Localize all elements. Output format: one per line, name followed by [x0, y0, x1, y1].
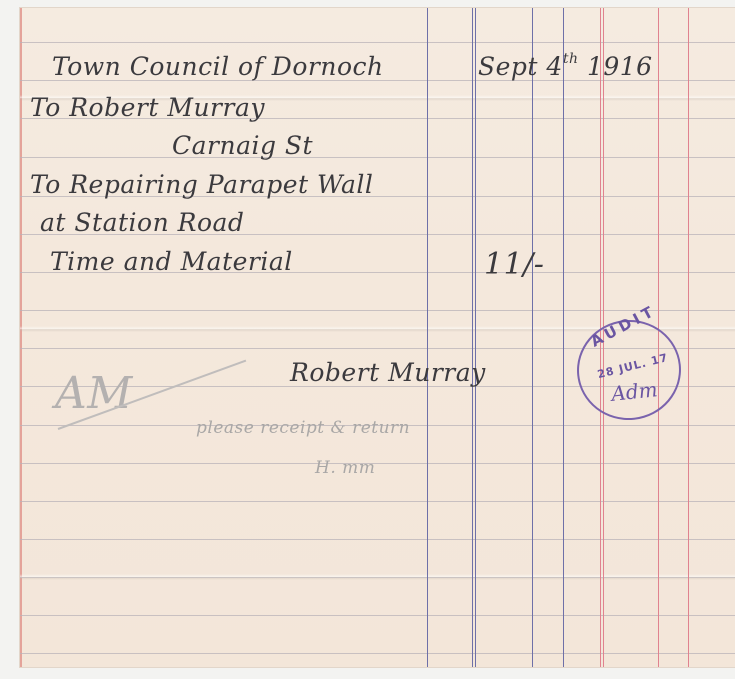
paper-fold [20, 574, 735, 580]
addressee-text: Town Council of Dornoch [52, 52, 384, 81]
column-rule-red [688, 8, 689, 667]
ruled-line [20, 42, 735, 43]
item-description-line3: Time and Material [50, 247, 293, 276]
column-rule-blue [532, 8, 533, 667]
ruled-line [20, 653, 735, 654]
column-rule-blue [427, 8, 428, 667]
date-suffix: th [563, 51, 579, 67]
signature: Robert Murray [290, 358, 486, 387]
item-amount: 11/- [484, 247, 544, 282]
ruled-line [20, 310, 735, 311]
column-rule-blue [563, 8, 564, 667]
column-rule-blue [472, 8, 473, 667]
pencil-note: please receipt & return [196, 418, 410, 438]
from-line: To Robert Murray [30, 93, 265, 122]
stamp-initials: Adm [610, 377, 658, 406]
item-description-line1: To Repairing Parapet Wall [30, 170, 373, 199]
item-description-line2: at Station Road [40, 208, 244, 237]
ruled-line [20, 463, 735, 464]
date-day: Sept 4 [478, 52, 563, 81]
date-year: 1916 [587, 52, 653, 81]
ruled-line [20, 157, 735, 158]
ruled-line [20, 501, 735, 502]
stamp-date: 28 JUL. 17 [596, 351, 669, 381]
from-address: Carnaig St [172, 131, 313, 160]
ruled-line [20, 615, 735, 616]
pencil-note-initials: H. mm [315, 458, 375, 478]
pencil-initials: AM [55, 368, 133, 419]
invoice-date: Sept 4th 1916 [478, 52, 653, 81]
left-margin-line [20, 8, 22, 667]
column-rule-blue [475, 8, 476, 667]
ruled-line [20, 539, 735, 540]
